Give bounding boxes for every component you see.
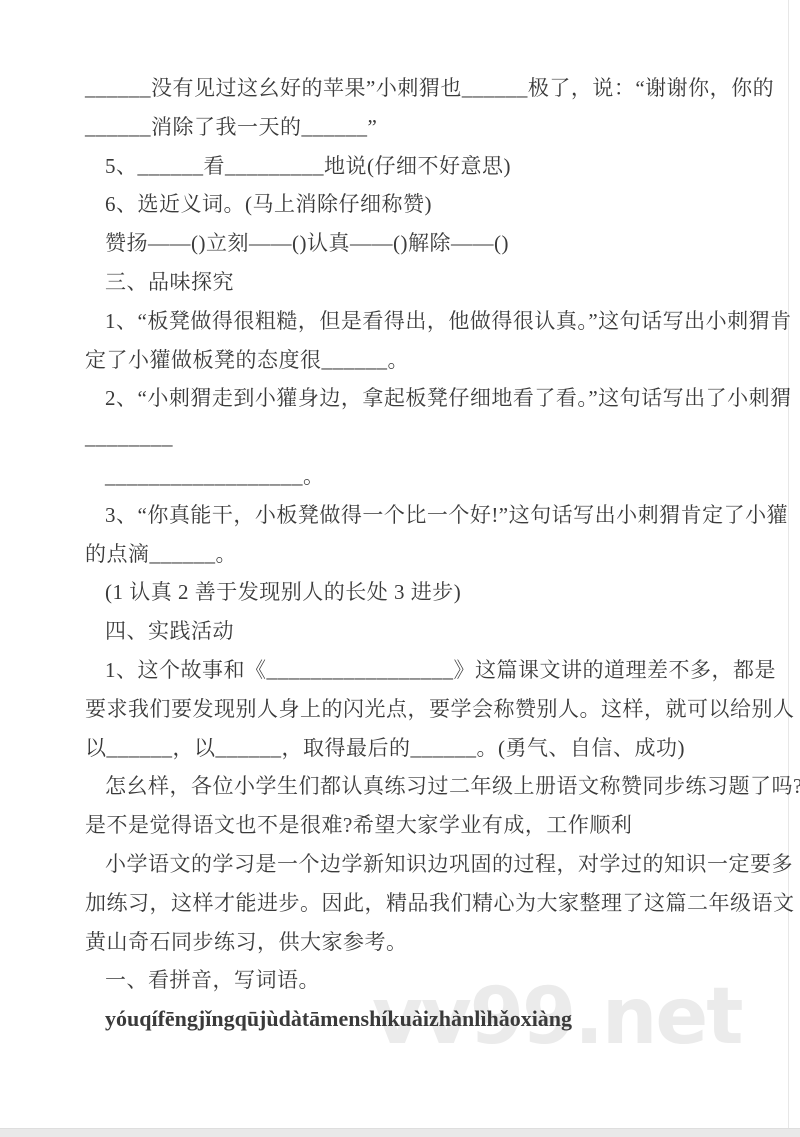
doc-line-5: 赞扬——()立刻——()认真——()解除——() [85,224,725,263]
doc-line-12: 3、“你真能干，小板凳做得一个比一个好!”这句话写出小刺猬肯定了小獾 [85,496,725,535]
doc-line-4: 6、选近义词。(马上消除仔细称赞) [85,185,725,224]
doc-line-19: 怎幺样，各位小学生们都认真练习过二年级上册语文称赞同步练习题了吗? [85,767,725,806]
doc-line-8: 定了小獾做板凳的态度很______。 [85,341,725,380]
doc-line-16: 1、这个故事和《_________________》这篇课文讲的道理差不多，都是 [85,651,725,690]
page-right-edge [788,0,789,1128]
doc-line-22: 加练习，这样才能进步。因此，精品我们精心为大家整理了这篇二年级语文 [85,884,725,923]
doc-line-18: 以______，以______，取得最后的______。(勇气、自信、成功) [85,729,725,768]
doc-line-23: 黄山奇石同步练习，供大家参考。 [85,923,725,962]
doc-line-14: (1 认真 2 善于发现别人的长处 3 进步) [85,573,725,612]
doc-line-11: __________________。 [85,457,725,496]
document-page: vv99.net ______没有见过这幺好的苹果”小刺猬也______极了，说… [0,0,800,1137]
doc-line-pinyin: yóuqífēngjǐngqūjùdàtāmenshíkuàizhànlìhǎo… [85,1000,725,1039]
doc-line-15: 四、实践活动 [85,612,725,651]
doc-line-24: 一、看拼音，写词语。 [85,961,725,1000]
doc-line-2: ______消除了我一天的______” [85,108,725,147]
doc-line-21: 小学语文的学习是一个边学新知识边巩固的过程，对学过的知识一定要多 [85,845,725,884]
doc-line-9: 2、“小刺猬走到小獾身边，拿起板凳仔细地看了看。”这句话写出了小刺猬 [85,379,725,418]
doc-line-10: ________ [85,418,725,457]
doc-line-1: ______没有见过这幺好的苹果”小刺猬也______极了，说：“谢谢你，你的 [85,69,725,108]
doc-line-13: 的点滴______。 [85,535,725,574]
doc-line-20: 是不是觉得语文也不是很难?希望大家学业有成，工作顺利 [85,806,725,845]
doc-line-6: 三、品味探究 [85,263,725,302]
doc-line-3: 5、______看_________地说(仔细不好意思) [85,147,725,186]
page-bottom-edge [0,1128,800,1137]
doc-line-7: 1、“板凳做得很粗糙，但是看得出，他做得很认真。”这句话写出小刺猬肯 [85,302,725,341]
doc-line-17: 要求我们要发现别人身上的闪光点，要学会称赞别人。这样，就可以给别人 [85,690,725,729]
document-content: ______没有见过这幺好的苹果”小刺猬也______极了，说：“谢谢你，你的 … [85,69,725,1039]
